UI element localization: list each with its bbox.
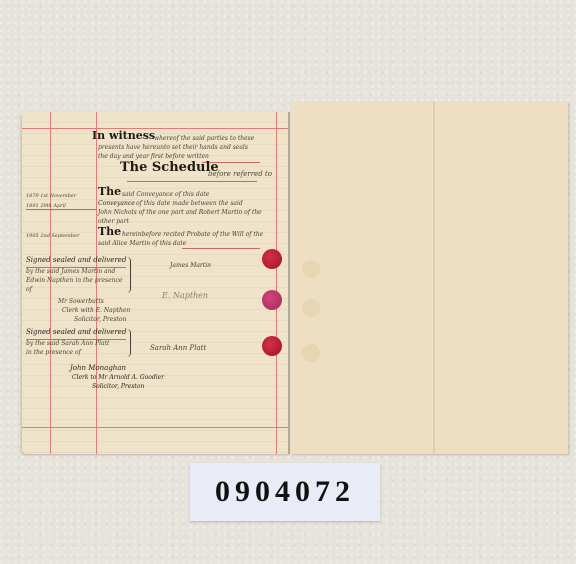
entry-lead-2: Conveyance [98, 200, 135, 208]
signature-e-napthen: E. Napthen [162, 292, 208, 300]
witness-1-line-1: Mr Sowerbutts [58, 298, 104, 306]
entry-text-2: of this date made between the said [136, 200, 243, 208]
signing-2-bracket [126, 329, 131, 357]
right-page [291, 102, 568, 454]
wax-seal-1 [262, 249, 282, 269]
seal-impression-1 [302, 260, 320, 278]
left-page: In witness whereof the said parties to t… [22, 112, 290, 454]
signing-1-bracket [126, 257, 131, 293]
witness-2-line-1: John Monaghan [70, 364, 126, 372]
wax-seal-3 [262, 336, 282, 356]
wax-seal-2 [262, 290, 282, 310]
entry-text-1: said Conveyance of this date [122, 191, 209, 199]
entry-lead-1: The [98, 188, 121, 196]
header-rule [22, 128, 290, 129]
catalog-number-label: 0904072 [190, 463, 380, 521]
attestation-line-2: presents have hereunto set their hands a… [98, 144, 248, 152]
attestation-heading: In witness [92, 132, 155, 140]
schedule-underline [127, 181, 257, 182]
signing-1-line-2: by the said James Martin and [26, 268, 115, 276]
signing-2-line-2: by the said Sarah Ann Platt [26, 340, 109, 348]
signature-sarah-ann-platt: Sarah Ann Platt [150, 344, 206, 352]
entry-date-1: 1879 1st November [26, 192, 76, 200]
entry-text-3: hereinbefore recited Probate of the Will… [122, 231, 263, 239]
filler-line-2 [182, 248, 260, 249]
witness-1-line-3: Solicitor, Preston [74, 316, 126, 324]
signing-2-line-3: in the presence of [26, 349, 81, 357]
date-underline [26, 209, 96, 210]
footer-rule [22, 427, 290, 428]
witness-2-line-2: Clerk to Mr Arnold A. Goodier [72, 374, 164, 382]
entry-date-3: 1905 2nd September [26, 232, 79, 240]
attestation-line-1: whereof the said parties to these [154, 135, 254, 143]
signing-2-head: Signed sealed and delivered [26, 328, 126, 336]
page-spine [288, 112, 290, 454]
signature-james-martin: James Martin [170, 262, 211, 270]
entry-text-3b: said Alice Martin of this date [98, 240, 186, 248]
seal-impression-3 [302, 344, 320, 362]
margin-rule-right [276, 112, 277, 454]
witness-2-line-3: Solicitor, Preston [92, 383, 144, 391]
schedule-subtitle: before referred to [208, 170, 272, 178]
seal-impression-2 [302, 299, 320, 317]
schedule-heading: The Schedule [120, 164, 219, 172]
catalog-number: 0904072 [215, 475, 355, 509]
signing-1-line-3: Edwin Napthen in the presence [26, 277, 122, 285]
signing-1-head: Signed sealed and delivered [26, 256, 126, 264]
entry-text-2b: John Nichols of the one part and Robert … [98, 209, 262, 217]
entry-lead-3: The [98, 228, 121, 236]
page-fold [433, 102, 435, 454]
witness-1-line-2: Clerk with E. Napthen [62, 307, 130, 315]
signing-1-line-4: of [26, 286, 32, 294]
